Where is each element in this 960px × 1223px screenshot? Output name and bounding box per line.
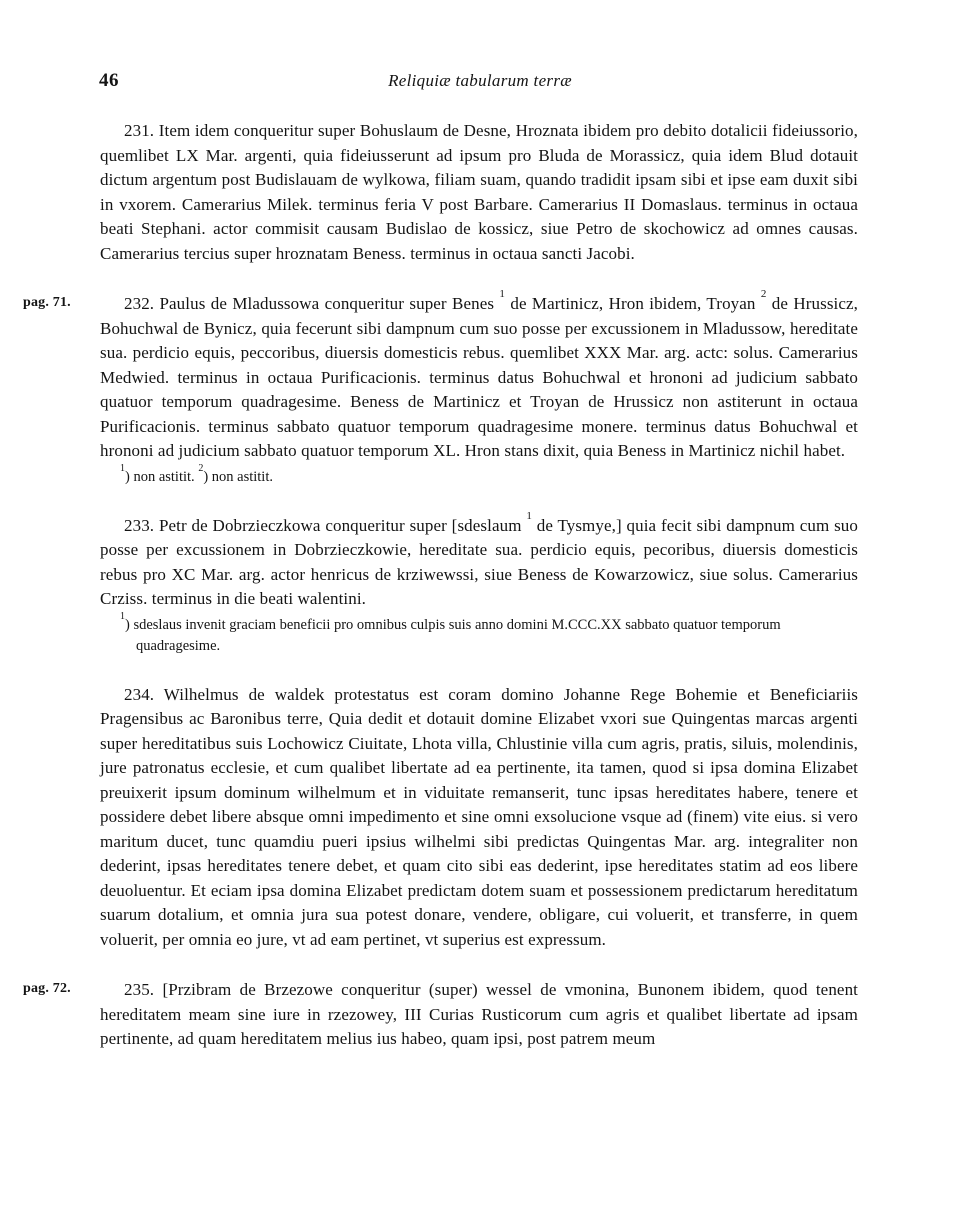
entry-232: pag. 71.232. Paulus de Mladussowa conque… [100, 292, 858, 488]
entry-number: 234. [124, 685, 154, 704]
text-run: Paulus de Mladussowa conqueritur super B… [154, 294, 499, 313]
entry-233: 233. Petr de Dobrzieczkowa conqueritur s… [100, 514, 858, 657]
margin-note: pag. 72. [23, 981, 71, 997]
text-run: ) non astitit. [203, 469, 273, 485]
margin-note: pag. 71. [23, 295, 71, 311]
entry-number: 235. [124, 980, 154, 999]
text-run: Petr de Dobrzieczkowa conqueritur super … [154, 516, 526, 535]
text-run: de Martinicz, Hron ibidem, Troyan [505, 294, 761, 313]
text-run: [Przibram de Brzezowe conqueritur (super… [100, 980, 858, 1048]
entry-number: 233. [124, 516, 154, 535]
footnote-ref: 1 [526, 510, 532, 522]
text-run: Wilhelmus de waldek protestatus est cora… [100, 685, 858, 949]
entry-text: 234. Wilhelmus de waldek protestatus est… [100, 683, 858, 953]
text-run: ) non astitit. [125, 469, 198, 485]
footnote: 1) sdeslaus invenit graciam beneficii pr… [120, 615, 858, 657]
entry-text: 231. Item idem conqueritur super Bohusla… [100, 119, 858, 266]
text-run: ) sdeslaus invenit graciam beneficii pro… [125, 617, 781, 654]
entry-number: 232. [124, 294, 154, 313]
footnote: 1) non astitit. 2) non astitit. [120, 467, 858, 488]
footnote-ref: 1 [120, 611, 125, 622]
entry-235: pag. 72.235. [Przibram de Brzezowe conqu… [100, 978, 858, 1052]
page-body: 231. Item idem conqueritur super Bohusla… [100, 119, 858, 1052]
text-run: de Hrussicz, Bohuchwal de Bynicz, quia f… [100, 294, 858, 460]
entry-text: 233. Petr de Dobrzieczkowa conqueritur s… [100, 514, 858, 612]
footnote-ref: 2 [761, 288, 767, 300]
entry-number: 231. [124, 121, 154, 140]
page-header: 46 Reliquiæ tabularum terræ [0, 0, 960, 96]
text-run: Item idem conqueritur super Bohuslaum de… [100, 121, 858, 263]
running-title: Reliquiæ tabularum terræ [0, 71, 960, 91]
entry-234: 234. Wilhelmus de waldek protestatus est… [100, 683, 858, 953]
footnote-ref: 1 [499, 288, 505, 300]
footnote-ref: 1 [120, 463, 125, 474]
footnote-ref: 2 [198, 463, 203, 474]
document-page: 46 Reliquiæ tabularum terræ 231. Item id… [0, 0, 960, 1223]
entry-231: 231. Item idem conqueritur super Bohusla… [100, 119, 858, 266]
entry-text: 235. [Przibram de Brzezowe conqueritur (… [100, 978, 858, 1052]
entry-text: 232. Paulus de Mladussowa conqueritur su… [100, 292, 858, 464]
